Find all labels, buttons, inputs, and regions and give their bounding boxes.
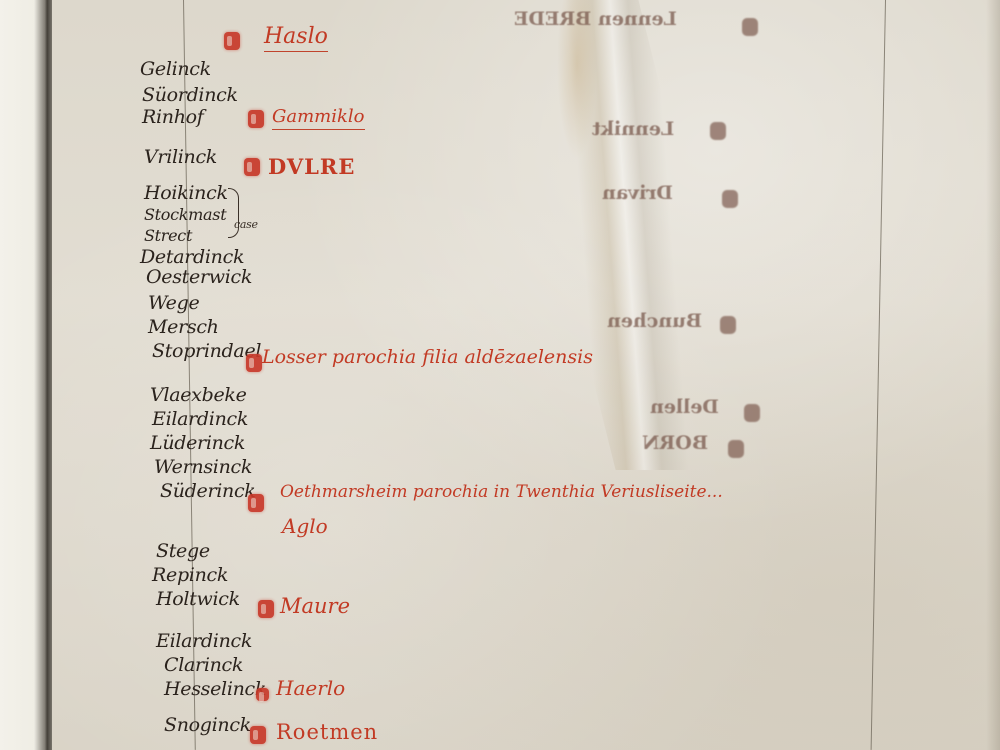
rubric-heading: Oethmarsheim parochia in Twenthia Verius…: [280, 482, 723, 502]
bleed-through-mark: [744, 404, 760, 422]
paragraph-mark-icon: [246, 354, 262, 372]
paragraph-mark-icon: [244, 158, 260, 176]
entry-name: Strect: [144, 226, 192, 245]
entry-name: Lüderinck: [150, 432, 245, 454]
paragraph-mark-icon: [248, 110, 264, 128]
paragraph-mark-icon: [256, 688, 269, 701]
ruling-line-right: [871, 0, 886, 750]
bleed-through-mark: [720, 316, 736, 334]
entry-name: Süderinck: [160, 480, 256, 502]
rubric-subheading: Aglo: [282, 514, 328, 538]
paragraph-mark-icon: [258, 600, 274, 618]
entry-name: Wege: [148, 292, 199, 314]
entry-name: Eilardinck: [156, 630, 252, 652]
bleed-through-mark: [728, 440, 744, 458]
bleed-through-mark: [742, 18, 758, 36]
margin-note: case: [234, 218, 258, 231]
manuscript-photo: Lennen BREDE Lennikt Drivan Bunchen Dell…: [0, 0, 1000, 750]
rubric-heading: Haslo: [264, 24, 328, 52]
entry-name: Eilardinck: [152, 408, 248, 430]
entry-name: Stockmast: [144, 205, 226, 224]
manuscript-page: Lennen BREDE Lennikt Drivan Bunchen Dell…: [52, 0, 1000, 750]
entry-name: Hesselinck: [164, 678, 266, 700]
entry-name: Stege: [156, 540, 210, 562]
bleed-through-mark: [722, 190, 738, 208]
entry-name: Rinhof: [142, 106, 204, 128]
bleed-through-text: Drivan: [602, 182, 673, 204]
paragraph-mark-icon: [248, 494, 264, 512]
rubric-heading: Gammiklo: [272, 106, 365, 130]
entry-name: Vlaexbeke: [150, 384, 247, 406]
entry-name: Detardinck: [140, 246, 244, 268]
entry-name: Hoikinck: [144, 182, 228, 204]
bleed-through-text: Lennen BREDE: [514, 8, 677, 30]
bleed-through-mark: [710, 122, 726, 140]
bleed-through-text: BORN: [642, 432, 708, 454]
entry-name: Snoginck: [164, 714, 251, 736]
entry-name: Gelinck: [140, 58, 211, 80]
page-edge-shadow: [986, 0, 1000, 750]
bleed-through-text: Bunchen: [607, 310, 702, 332]
paragraph-mark-icon: [250, 726, 266, 744]
entry-name: Vrilinck: [144, 146, 217, 168]
entry-name: Süordinck: [142, 84, 238, 106]
rubric-heading: Roetmen: [276, 720, 378, 744]
entry-name: Clarinck: [164, 654, 243, 676]
entry-name: Stoprindael: [152, 340, 261, 362]
entry-name: Oesterwick: [146, 266, 252, 288]
paragraph-mark-icon: [224, 32, 240, 50]
rubric-heading: Maure: [280, 594, 350, 618]
bleed-through-text: Lennikt: [592, 118, 674, 140]
rubric-heading: DVLRE: [268, 154, 355, 179]
bleed-through-text: Dellen: [650, 396, 719, 418]
rubric-heading: Haerlo: [276, 676, 345, 700]
rubric-heading: Losser parochia filia aldēzaelensis: [262, 346, 593, 368]
entry-name: Wernsinck: [154, 456, 252, 478]
entry-name: Repinck: [152, 564, 228, 586]
entry-name: Mersch: [148, 316, 219, 338]
entry-name: Holtwick: [156, 588, 240, 610]
